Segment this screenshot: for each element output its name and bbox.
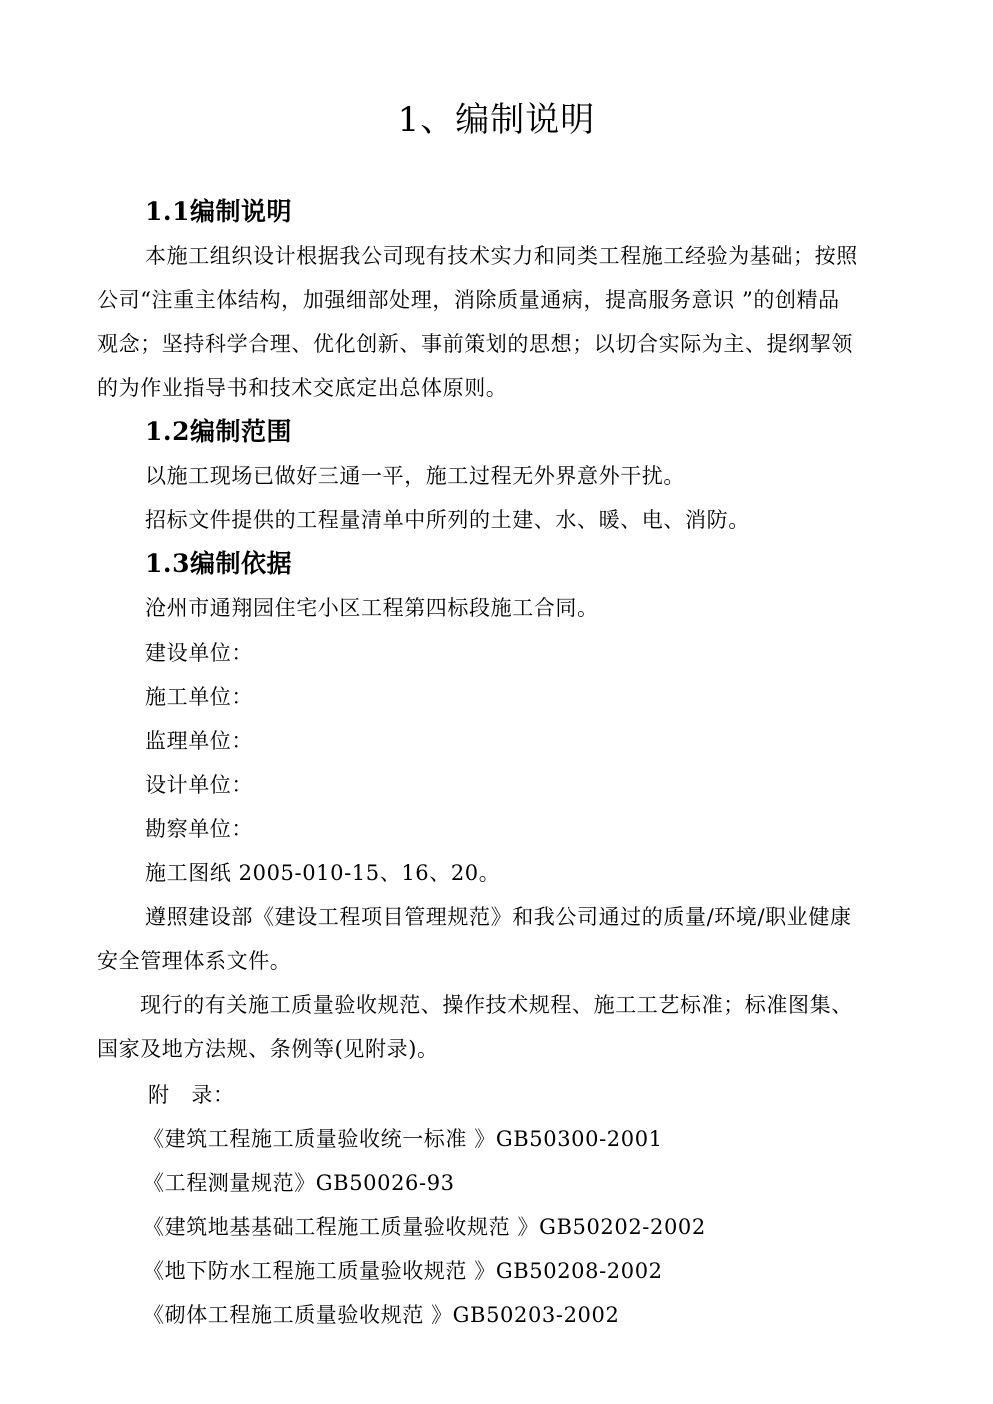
appendix-item: 《砌体工程施工质量验收规范 》GB50203-2002: [143, 1302, 619, 1328]
paragraph-line: 沧州市通翔园住宅小区工程第四标段施工合同。: [145, 595, 599, 621]
paragraph-line: 招标文件提供的工程量清单中所列的土建、水、暖、电、消防。: [145, 507, 750, 533]
section-heading-1-1: 1.1编制说明: [145, 196, 292, 228]
page-title: 1、编制说明: [0, 98, 993, 142]
field-design-unit: 设计单位：: [145, 772, 253, 798]
appendix-label: 附 录：: [148, 1082, 235, 1108]
appendix-item: 《工程测量规范》GB50026-93: [143, 1170, 455, 1196]
paragraph-line: 现行的有关施工质量验收规范、操作技术规程、施工工艺标准；标准图集、: [140, 992, 853, 1018]
paragraph-line: 施工图纸 2005-010-15、16、20。: [145, 860, 500, 886]
paragraph-line: 安全管理体系文件。: [97, 948, 291, 974]
document-page: 1、编制说明 1.1编制说明 本施工组织设计根据我公司现有技术实力和同类工程施工…: [0, 0, 993, 1404]
section-heading-1-3: 1.3编制依据: [145, 548, 292, 580]
paragraph-line: 的为作业指导书和技术交底定出总体原则。: [97, 375, 507, 401]
field-contractor-unit: 施工单位：: [145, 684, 253, 710]
paragraph-line: 国家及地方法规、条例等(见附录)。: [97, 1036, 439, 1062]
appendix-item: 《地下防水工程施工质量验收规范 》GB50208-2002: [143, 1258, 663, 1284]
paragraph-line: 遵照建设部《建设工程项目管理规范》和我公司通过的质量/环境/职业健康: [145, 904, 852, 930]
field-supervision-unit: 监理单位：: [145, 728, 253, 754]
field-construction-unit: 建设单位：: [145, 640, 253, 666]
field-survey-unit: 勘察单位：: [145, 816, 253, 842]
appendix-item: 《建筑地基基础工程施工质量验收规范 》GB50202-2002: [143, 1214, 706, 1240]
paragraph-line: 本施工组织设计根据我公司现有技术实力和同类工程施工经验为基础；按照: [145, 243, 858, 269]
section-heading-1-2: 1.2编制范围: [145, 416, 292, 448]
paragraph-line: 观念；坚持科学合理、优化创新、事前策划的思想；以切合实际为主、提纲挈领: [97, 331, 853, 357]
paragraph-line: 公司“注重主体结构，加强细部处理，消除质量通病，提高服务意识 ”的创精品: [97, 287, 840, 313]
appendix-item: 《建筑工程施工质量验收统一标准 》GB50300-2001: [143, 1126, 663, 1152]
paragraph-line: 以施工现场已做好三通一平，施工过程无外界意外干扰。: [145, 463, 685, 489]
